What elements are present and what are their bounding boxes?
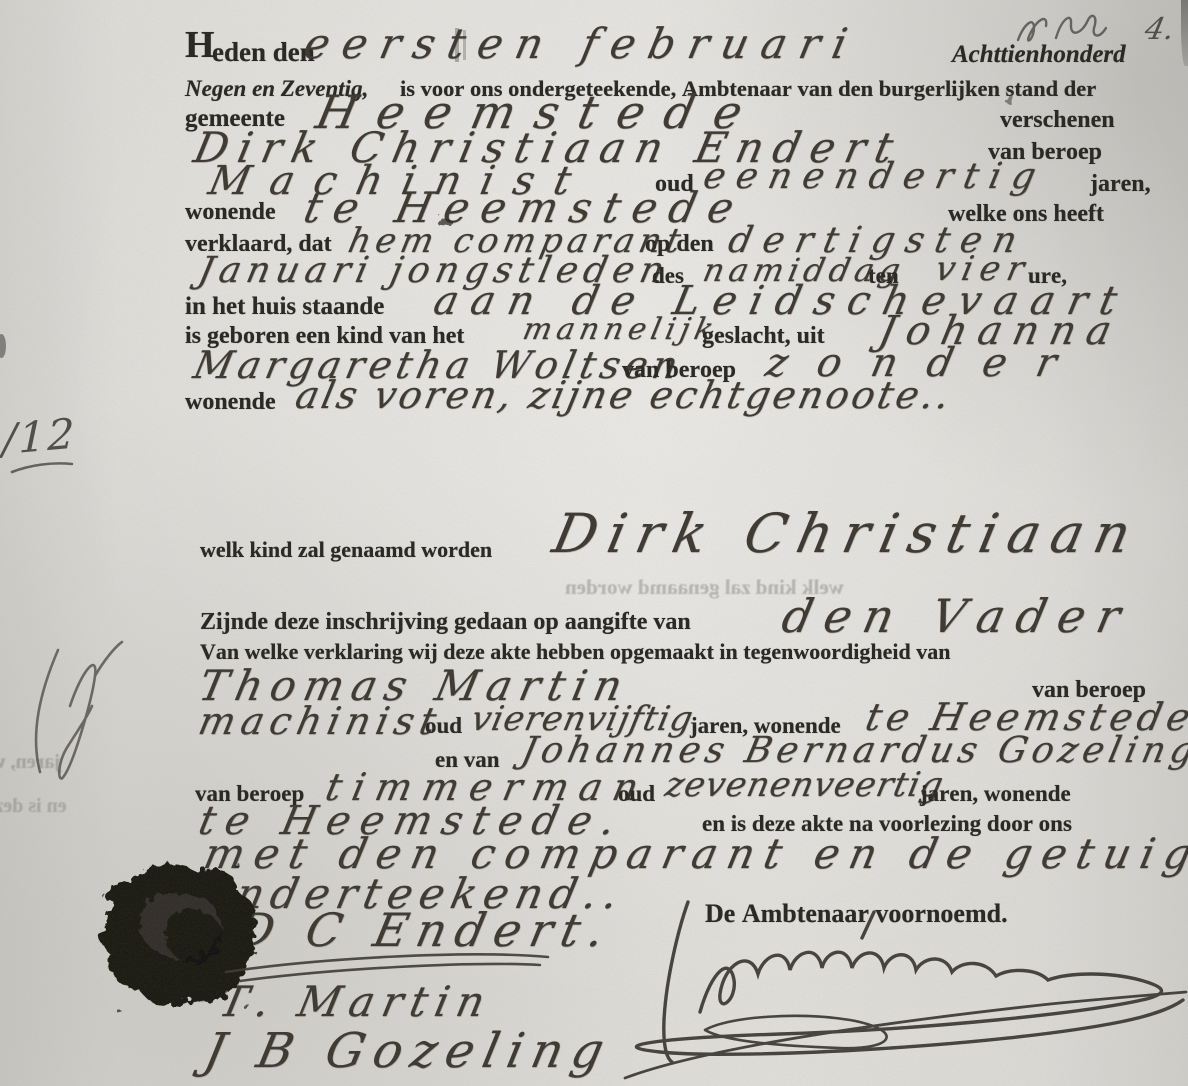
signature-witness2: J B Gozeling	[200, 1026, 617, 1076]
printed-ambtenaar-label: De Ambtenaar voornoemd.	[705, 900, 1008, 927]
handwritten-child-name: Dirk Christiaan	[548, 506, 1146, 563]
printed-verklaring-label: Van welke verklaring wij deze akte hebbe…	[200, 640, 950, 663]
official-signature-flourish	[625, 902, 1186, 1078]
signature-declarant: D C Endert.	[232, 906, 618, 954]
printed-achttienhonderd: Achttienhonderd	[952, 42, 1126, 68]
printed-aangifte-label: Zijnde deze inschrijving gedaan op aangi…	[200, 610, 691, 635]
handwritten-witness2-age: zevenenveertig	[662, 768, 947, 804]
page-edge-shadow	[1181, 0, 1188, 66]
printed-wonende-2: wonende	[185, 390, 276, 415]
handwritten-mother-residence: als voren, zijne echtgenoote..	[292, 376, 956, 416]
corner-scribble	[1018, 16, 1106, 41]
handwritten-child-gender: mannelijk	[520, 314, 721, 346]
margin-act-number: /12	[2, 412, 77, 462]
printed-jaren-wonende-2: jaren, wonende	[920, 782, 1071, 806]
margin-note-underline	[12, 463, 72, 472]
bleedthrough-left-edge-2: en is deze akte na voorlezing door ons	[0, 796, 67, 817]
birth-certificate-page: welk kind zal genaamd worden jaren, wone…	[0, 0, 1188, 1086]
handwritten-declarant-age: eenendertig	[700, 158, 1050, 196]
printed-wonende-1: wonende	[185, 200, 276, 225]
left-edge-mark	[0, 334, 6, 358]
printed-jaren-1: jaren,	[1090, 172, 1151, 197]
handwritten-aangever: den Vader	[778, 592, 1137, 640]
printed-oud-2: oud	[425, 714, 462, 738]
printed-huis-label: in het huis staande	[185, 294, 384, 320]
handwritten-witness1-occupation: machinist	[195, 702, 445, 742]
printed-verschenen: verschenen	[1000, 108, 1115, 133]
handwritten-registration-date: eersten februari	[300, 22, 864, 66]
printed-heden-initial: H	[185, 26, 215, 66]
page-number: 4.	[1142, 14, 1177, 46]
printed-heden-rest: eden den	[212, 38, 315, 66]
signature-witness1: T. Martin	[215, 980, 497, 1024]
bleedthrough-left-edge-1: jaren, wonende	[0, 752, 61, 773]
printed-naming-label: welk kind zal genaamd worden	[200, 538, 492, 561]
